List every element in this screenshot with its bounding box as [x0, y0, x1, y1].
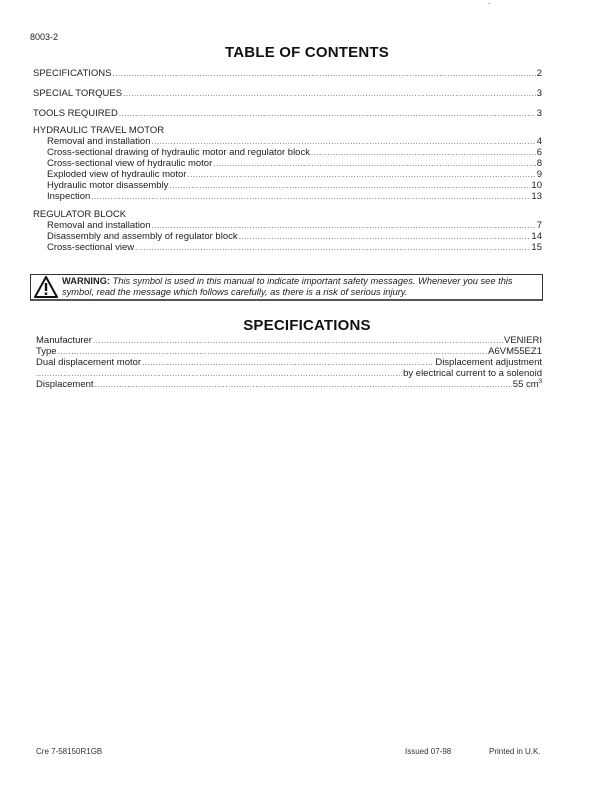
spec-value: A6VM55EZ1 — [488, 346, 542, 357]
warning-label: WARNING: — [62, 276, 110, 286]
leader-dots — [36, 368, 402, 379]
toc-entry-tools-required[interactable]: TOOLS REQUIRED 3 — [33, 108, 542, 119]
toc-entry[interactable]: Cross-sectional view of hydraulic motor … — [33, 158, 542, 169]
toc-entry[interactable]: Cross-sectional drawing of hydraulic mot… — [33, 147, 542, 158]
toc-section-heading-regulator-block: REGULATOR BLOCK — [33, 209, 542, 220]
warning-box: WARNING: This symbol is used in this man… — [30, 274, 543, 301]
leader-dots — [135, 242, 530, 253]
toc-entry-label: Inspection — [47, 191, 90, 202]
specifications-list: Manufacturer VENIERI Type A6VM55EZ1 Dual… — [36, 335, 542, 390]
spec-value: VENIERI — [504, 335, 542, 346]
leader-dots — [119, 108, 536, 119]
toc-entry-page: 15 — [531, 242, 542, 253]
spec-row-continuation: by electrical current to a solenoid — [36, 368, 542, 379]
toc-entry-special-torques[interactable]: SPECIAL TORQUES 3 — [33, 88, 542, 99]
toc-entry-label: Exploded view of hydraulic motor — [47, 169, 186, 180]
toc-entry[interactable]: Removal and installation 7 — [33, 220, 542, 231]
leader-dots — [58, 346, 488, 357]
toc-entry-label: Hydraulic motor disassembly — [47, 180, 168, 191]
toc-entry-label: Cross-sectional view — [47, 242, 134, 253]
toc-entry[interactable]: Removal and installation 4 — [33, 136, 542, 147]
toc-entry-page: 2 — [537, 68, 542, 79]
leader-dots — [152, 136, 536, 147]
toc-entry-specifications[interactable]: SPECIFICATIONS 2 — [33, 68, 542, 79]
leader-dots — [95, 379, 512, 390]
toc-entry-label: Removal and installation — [47, 136, 151, 147]
toc-title: TABLE OF CONTENTS — [0, 44, 614, 61]
spec-row-displacement: Displacement 55 cm3 — [36, 379, 542, 390]
leader-dots — [187, 169, 535, 180]
toc-entry-label: Removal and installation — [47, 220, 151, 231]
footer-printed: Printed in U.K. — [489, 747, 541, 756]
leader-dots — [213, 158, 535, 169]
toc-entry-label: SPECIAL TORQUES — [33, 88, 122, 99]
toc-entry-label: TOOLS REQUIRED — [33, 108, 118, 119]
toc-entry-page: 3 — [537, 108, 542, 119]
spec-label: Displacement — [36, 379, 94, 390]
toc-entry-page: 7 — [537, 220, 542, 231]
table-of-contents: SPECIFICATIONS 2 SPECIAL TORQUES 3 TOOLS… — [33, 68, 542, 253]
spec-row-manufacturer: Manufacturer VENIERI — [36, 335, 542, 346]
toc-entry-page: 3 — [537, 88, 542, 99]
spec-value: Displacement adjustment — [435, 357, 542, 368]
toc-entry-page: 10 — [531, 180, 542, 191]
toc-entry-page: 6 — [537, 147, 542, 158]
spec-value: 55 cm3 — [513, 379, 542, 390]
spec-row-type: Type A6VM55EZ1 — [36, 346, 542, 357]
spec-value: by electrical current to a solenoid — [403, 368, 542, 379]
spec-label: Type — [36, 346, 57, 357]
spec-row-dual-displacement-motor: Dual displacement motor Displacement adj… — [36, 357, 542, 368]
footer-issued: Issued 07-98 — [405, 747, 451, 756]
page-number: 8003-2 — [30, 32, 58, 42]
spec-label: Manufacturer — [36, 335, 92, 346]
toc-entry-page: 13 — [531, 191, 542, 202]
warning-body: This symbol is used in this manual to in… — [62, 276, 513, 297]
toc-entry[interactable]: Cross-sectional view 15 — [33, 242, 542, 253]
warning-triangle-icon — [34, 275, 58, 299]
footer-doc-code: Cre 7-58150R1GB — [36, 747, 102, 756]
spec-label: Dual displacement motor — [36, 357, 141, 368]
leader-dots — [91, 191, 530, 202]
spec-value-text: 55 cm — [513, 379, 539, 390]
toc-entry-page: 4 — [537, 136, 542, 147]
leader-dots — [93, 335, 503, 346]
leader-dots — [152, 220, 536, 231]
toc-entry[interactable]: Inspection 13 — [33, 191, 542, 202]
toc-entry-label: Cross-sectional drawing of hydraulic mot… — [47, 147, 310, 158]
toc-entry[interactable]: Disassembly and assembly of regulator bl… — [33, 231, 542, 242]
warning-message: WARNING: This symbol is used in this man… — [62, 276, 542, 298]
leader-dots — [311, 147, 536, 158]
toc-entry-label: Cross-sectional view of hydraulic motor — [47, 158, 212, 169]
scan-artifact — [488, 3, 490, 4]
leader-dots — [123, 88, 536, 99]
toc-entry-page: 14 — [531, 231, 542, 242]
toc-entry-page: 8 — [537, 158, 542, 169]
toc-section-heading-hydraulic-travel-motor: HYDRAULIC TRAVEL MOTOR — [33, 125, 542, 136]
toc-entry[interactable]: Hydraulic motor disassembly 10 — [33, 180, 542, 191]
toc-entry-page: 9 — [537, 169, 542, 180]
specifications-title: SPECIFICATIONS — [0, 317, 614, 334]
toc-entry-label: SPECIFICATIONS — [33, 68, 111, 79]
leader-dots — [239, 231, 531, 242]
spec-value-superscript: 3 — [539, 379, 542, 385]
leader-dots — [142, 357, 434, 368]
toc-entry-label: Disassembly and assembly of regulator bl… — [47, 231, 238, 242]
leader-dots — [112, 68, 535, 79]
toc-entry[interactable]: Exploded view of hydraulic motor 9 — [33, 169, 542, 180]
leader-dots — [169, 180, 530, 191]
